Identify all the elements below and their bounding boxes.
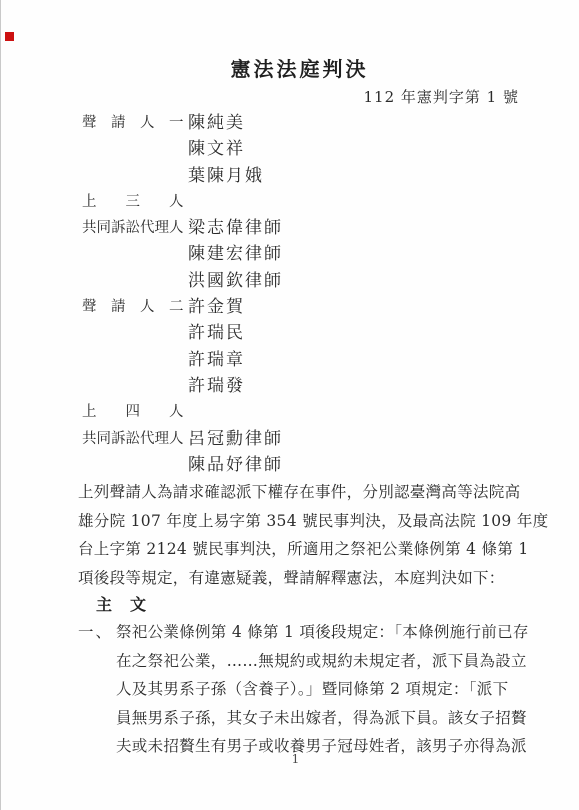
- party-label: 上 三 人: [82, 189, 186, 215]
- party-row: 許瑞民: [82, 320, 283, 346]
- preamble-line: 項後段等規定，有違憲疑義，聲請解釋憲法，本庭判決如下：: [78, 564, 526, 593]
- holding-line: 人及其男系子孫（含養子）。」暨同條第 2 項規定：「派下: [116, 675, 526, 704]
- holdings-section: 一、祭祀公業條例第 4 條第 1 項後段規定：「本條例施行前已存在之祭祀公業，……: [78, 618, 526, 761]
- holding-line: 員無男系子孫，其女子未出嫁者，得為派下員。該女子招贅: [116, 704, 526, 733]
- preamble-line: 雄分院 107 年度上易字第 354 號民事判決，及最高法院 109 年度: [78, 507, 526, 536]
- party-name: 陳文祥: [188, 136, 245, 162]
- holding-line: 在之祭祀公業，……無規約或規約未規定者，派下員為設立: [116, 647, 526, 676]
- party-row: 陳建宏律師: [82, 241, 283, 267]
- party-name: 許瑞章: [188, 347, 245, 373]
- party-label: 上 四 人: [82, 399, 186, 425]
- holding-line: 祭祀公業條例第 4 條第 1 項後段規定：「本條例施行前已存: [116, 618, 529, 647]
- party-label: 共同訴訟代理人: [82, 426, 186, 452]
- holding-item: 一、祭祀公業條例第 4 條第 1 項後段規定：「本條例施行前已存: [78, 618, 526, 647]
- parties-section: 聲 請 人 一陳純美陳文祥葉陳月娥上 三 人共同訴訟代理人梁志偉律師陳建宏律師洪…: [82, 110, 283, 478]
- party-row: 葉陳月娥: [82, 163, 283, 189]
- party-label: [82, 373, 186, 399]
- party-label: [82, 268, 186, 294]
- party-name: 許瑞民: [188, 320, 245, 346]
- party-label: 聲 請 人 一: [82, 110, 186, 136]
- party-label: [82, 163, 186, 189]
- party-name: 呂冠勳律師: [188, 426, 283, 452]
- party-row: 上 三 人: [82, 189, 283, 215]
- preamble-line: 上列聲請人為請求確認派下權存在事件，分別認臺灣高等法院高: [78, 478, 526, 507]
- party-name: 梁志偉律師: [188, 215, 283, 241]
- preamble-line: 台上字第 2124 號民事判決，所適用之祭祀公業條例第 4 條第 1: [78, 535, 526, 564]
- party-label: [82, 241, 186, 267]
- party-name: 許瑞發: [188, 373, 245, 399]
- party-row: 許瑞發: [82, 373, 283, 399]
- party-label: 聲 請 人 二: [82, 294, 186, 320]
- judgment-page: 憲法法庭判決 112 年憲判字第 1 號 聲 請 人 一陳純美陳文祥葉陳月娥上 …: [0, 0, 579, 810]
- party-row: 共同訴訟代理人梁志偉律師: [82, 215, 283, 241]
- red-marker: [5, 32, 14, 41]
- party-name: 洪國欽律師: [188, 268, 283, 294]
- party-row: 陳品妤律師: [82, 452, 283, 478]
- preamble-paragraph: 上列聲請人為請求確認派下權存在事件，分別認臺灣高等法院高雄分院 107 年度上易…: [78, 478, 526, 592]
- document-title: 憲法法庭判決: [0, 53, 579, 82]
- case-number: 112 年憲判字第 1 號: [364, 86, 519, 107]
- party-name: 陳品妤律師: [188, 452, 283, 478]
- party-row: 洪國欽律師: [82, 268, 283, 294]
- party-label: [82, 347, 186, 373]
- party-label: [82, 320, 186, 346]
- party-row: 聲 請 人 二許金賀: [82, 294, 283, 320]
- party-name: 陳純美: [188, 110, 245, 136]
- party-row: 上 四 人: [82, 399, 283, 425]
- party-label: [82, 452, 186, 478]
- main-text-heading: 主 文: [96, 592, 147, 618]
- party-row: 許瑞章: [82, 347, 283, 373]
- party-row: 聲 請 人 一陳純美: [82, 110, 283, 136]
- party-name: 葉陳月娥: [188, 163, 264, 189]
- holding-item-number: 一、: [78, 618, 116, 647]
- party-name: 許金賀: [188, 294, 245, 320]
- page-edge-shadow: [0, 0, 1, 810]
- party-label: [82, 136, 186, 162]
- party-name: 陳建宏律師: [188, 241, 283, 267]
- party-label: 共同訴訟代理人: [82, 215, 186, 241]
- party-row: 共同訴訟代理人呂冠勳律師: [82, 426, 283, 452]
- page-number: 1: [0, 752, 579, 766]
- party-row: 陳文祥: [82, 136, 283, 162]
